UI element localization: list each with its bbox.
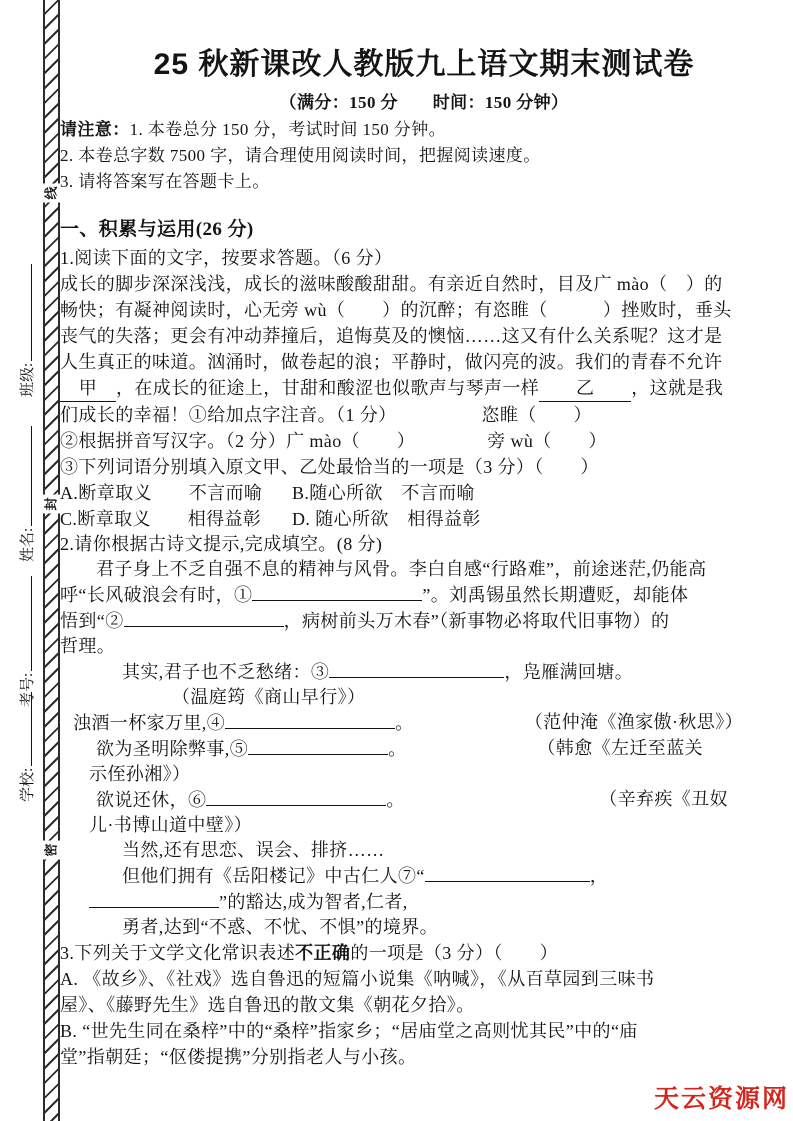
fill-in-line	[30, 426, 32, 526]
notice-line: 请注意：1. 本卷总分 150 分，考试时间 150 分钟。	[60, 117, 788, 143]
score-time-line: （满分：150 分 时间：150 分钟）	[60, 91, 788, 115]
q2-line: 悟到“②，病树前头万木春”（新事物必将取代旧事物）的	[60, 608, 788, 634]
q1-sub2-line: ②根据拼音写汉字。（2 分）广 mào（ ）旁 wù（ ）	[60, 428, 788, 454]
q2-line: 其实,君子也不乏愁绪：③，凫雁满回塘。	[60, 659, 788, 685]
field-name: 姓名:	[3, 426, 41, 562]
q1-intro: 1.阅读下面的文字，按要求答题。（6 分）	[60, 245, 788, 271]
q2-verse: 浊酒一杯家万里,④。	[73, 710, 414, 736]
watermark: 天云资源网	[654, 1079, 789, 1115]
q1-sub3-line: ③下列词语分别填入原文甲、乙处最恰当的一项是（3 分）（ ）	[60, 454, 788, 480]
answer-blank-4	[225, 710, 395, 729]
field-exam-number: 考号:	[3, 576, 41, 707]
notice-line: 3. 请将答案写在答题卡上。	[60, 169, 788, 195]
paper-title: 25 秋新课改人教版九上语文期末测试卷	[60, 44, 788, 86]
fill-in-line	[30, 264, 32, 361]
q1-passage-line: 甲，在成长的征途上，甘甜和酸涩也似歌声与琴声一样乙，这就是我	[60, 375, 788, 402]
q2-text: 欲为圣明除弊事,⑤	[96, 739, 248, 759]
field-label: 学校:	[16, 768, 41, 802]
answer-blank-5	[248, 736, 388, 755]
blank-jia: 甲	[60, 375, 116, 402]
fill-in-line	[30, 576, 32, 671]
q2-line: 当然,还有思恋、误会、排挤……	[60, 838, 788, 863]
q1-passage-line: 成长的脚步深深浅浅，成长的滋味酸酸甜甜。有亲近自然时，目及广 mào（ ）的	[60, 271, 788, 297]
answer-blank-1	[252, 582, 422, 601]
passage-text: ，这就是我	[631, 378, 723, 398]
q3-intro: 3.下列关于文学文化常识表述不正确的一项是（3 分）（ ）	[60, 940, 788, 966]
field-label: 姓名:	[16, 528, 41, 562]
q2-line: 欲为圣明除弊事,⑤。 （韩愈《左迁至蓝关	[60, 736, 788, 762]
q2-text: ”。刘禹锡虽然长期遭贬，却能体	[422, 585, 688, 605]
q2-text: 但他们拥有《岳阳楼记》中古仁人⑦“	[122, 866, 425, 886]
q2-text: 。	[388, 739, 406, 759]
blank-yi: 乙	[539, 375, 631, 402]
answer-blank-7	[425, 863, 590, 882]
q2-line: 欲说还休，⑥。 （辛弃疾《丑奴	[60, 787, 788, 813]
option-c: C.断章取义 相得益彰	[60, 506, 292, 532]
q2-citation: 示侄孙湘》）	[60, 762, 788, 787]
notice-line: 2. 本卷总字数 7500 字，请合理使用阅读时间，把握阅读速度。	[60, 143, 788, 169]
q2-text: 其实,君子也不乏愁绪：③	[122, 662, 329, 682]
option-a: A.断章取义 不言而喻	[60, 480, 292, 506]
answer-blank-6	[206, 787, 386, 806]
q2-line: 君子身上不乏自强不息的精神与风骨。李白自感“行路难”，前途迷茫,仍能高	[60, 557, 788, 582]
notice-block: 请注意：1. 本卷总分 150 分，考试时间 150 分钟。 2. 本卷总字数 …	[60, 117, 788, 195]
seal-char-mi: 密	[42, 841, 62, 860]
q2-citation: （辛弃疾《丑奴	[599, 787, 728, 813]
q3-intro-emphasis: 不正确	[295, 943, 350, 963]
notice-label: 请注意：	[60, 120, 130, 139]
q2-text: 。	[386, 790, 404, 810]
q2-text: 悟到“②	[60, 611, 124, 631]
field-label: 班级:	[16, 363, 41, 397]
q1-sub1-pinyin: 恣睢（ ）	[482, 405, 592, 425]
answer-blank-2	[124, 608, 284, 627]
q3-option-b-line: 堂”指朝廷；“伛偻提携”分别指老人与小孩。	[60, 1044, 788, 1070]
q2-citation: （温庭筠《商山早行》）	[60, 685, 788, 710]
q2-citation: （范仲淹《渔家傲·秋思》）	[525, 710, 743, 736]
paper-content: 25 秋新课改人教版九上语文期末测试卷 （满分：150 分 时间：150 分钟）…	[60, 0, 788, 1070]
q1-sub2-text: ②根据拼音写汉字。（2 分）广 mào（ ）	[60, 431, 415, 451]
option-b: B.随心所欲 不言而喻	[292, 480, 788, 506]
q1-sub1-text: 们成长的幸福！①给加点字注音。（1 分）	[60, 405, 397, 425]
q2-verse: 欲说还休，⑥。	[96, 787, 405, 813]
q2-citation: 儿·书博山道中壁》）	[60, 813, 788, 838]
q1-passage-line: 丧气的失落；更会有冲动莽撞后，追悔莫及的懊恼……这又有什么关系呢？这才是	[60, 323, 788, 349]
q2-verse: 欲为圣明除弊事,⑤。	[96, 736, 407, 762]
q2-text: 欲说还休，⑥	[96, 790, 206, 810]
seal-char-feng: 封	[42, 495, 62, 514]
q2-text: ，凫雁满回塘。	[504, 662, 633, 682]
q2-citation: （韩愈《左迁至蓝关	[537, 736, 703, 762]
q2-text: 呼“长风破浪会有时，①	[60, 585, 252, 605]
q2-line: 哲理。	[60, 634, 788, 659]
q3-option-a-line: A. 《故乡》、《社戏》选自鲁迅的短篇小说集《呐喊》，《从百草园到三味书	[60, 966, 788, 992]
seal-line-strip: 线 封 密	[43, 0, 60, 1121]
q1-options: A.断章取义 不言而喻 B.随心所欲 不言而喻 C.断章取义 相得益彰 D. 随…	[60, 480, 788, 532]
answer-blank-3	[329, 659, 504, 678]
q3-option-a-line: 屋》、《藤野先生》选自鲁迅的散文集《朝花夕拾》。	[60, 992, 788, 1018]
q1-passage-line: 人生真正的味道。汹涌时，做卷起的浪；平静时，做闪亮的波。我们的青春不允许	[60, 349, 788, 375]
q2-text: ”的豁达,成为智者,仁者,	[219, 892, 408, 912]
q2-text: 浊酒一杯家万里,④	[73, 713, 225, 733]
passage-text: ，在成长的征途上，甘甜和酸涩也似歌声与琴声一样	[116, 378, 539, 398]
exam-paper-page: 班级: 姓名: 考号: 学校: 线 封 密 25 秋新课改人教版九上语文期末测试…	[0, 0, 793, 1121]
q2-line: 呼“长风破浪会有时，①”。刘禹锡虽然长期遭贬，却能体	[60, 582, 788, 608]
q2-line: ”的豁达,成为智者,仁者,	[60, 889, 788, 915]
q2-text: 。	[395, 713, 413, 733]
q1-sub2-text2: 旁 wù（ ）	[487, 431, 607, 451]
fill-in-line	[30, 692, 32, 766]
q3-intro-text: 的一项是（3 分）（ ）	[350, 943, 558, 963]
q2-line: 但他们拥有《岳阳楼记》中古仁人⑦“，	[60, 863, 788, 889]
seal-char-xian: 线	[42, 184, 62, 203]
option-d: D. 随心所欲 相得益彰	[292, 506, 788, 532]
q2-line: 勇者,达到“不惑、不忧、不惧”的境界。	[60, 915, 788, 940]
answer-blank-7b	[89, 889, 219, 908]
q2-intro: 2.请你根据古诗文提示,完成填空。(8 分)	[60, 532, 788, 557]
field-class: 班级:	[3, 264, 41, 397]
q1-sub1-line: 们成长的幸福！①给加点字注音。（1 分）恣睢（ ）	[60, 402, 788, 428]
field-school: 学校:	[3, 692, 41, 802]
q2-text: ，病树前头万木春”（新事物必将取代旧事物）的	[284, 611, 670, 631]
q2-line: 浊酒一杯家万里,④。 （范仲淹《渔家傲·秋思》）	[60, 710, 788, 736]
notice-text: 1. 本卷总分 150 分，考试时间 150 分钟。	[130, 120, 446, 139]
q1-passage-line: 畅快；有凝神阅读时，心无旁 wù（ ）的沉醉；有恣睢（ ）挫败时，垂头	[60, 297, 788, 323]
q3-intro-text: 3.下列关于文学文化常识表述	[60, 943, 295, 963]
q2-text: ，	[590, 866, 608, 886]
q3-option-b-line: B. “世先生同在桑梓”中的“桑梓”指家乡；“居庙堂之高则忧其民”中的“庙	[60, 1018, 788, 1044]
section1-heading: 一、积累与运用(26 分)	[60, 215, 788, 245]
